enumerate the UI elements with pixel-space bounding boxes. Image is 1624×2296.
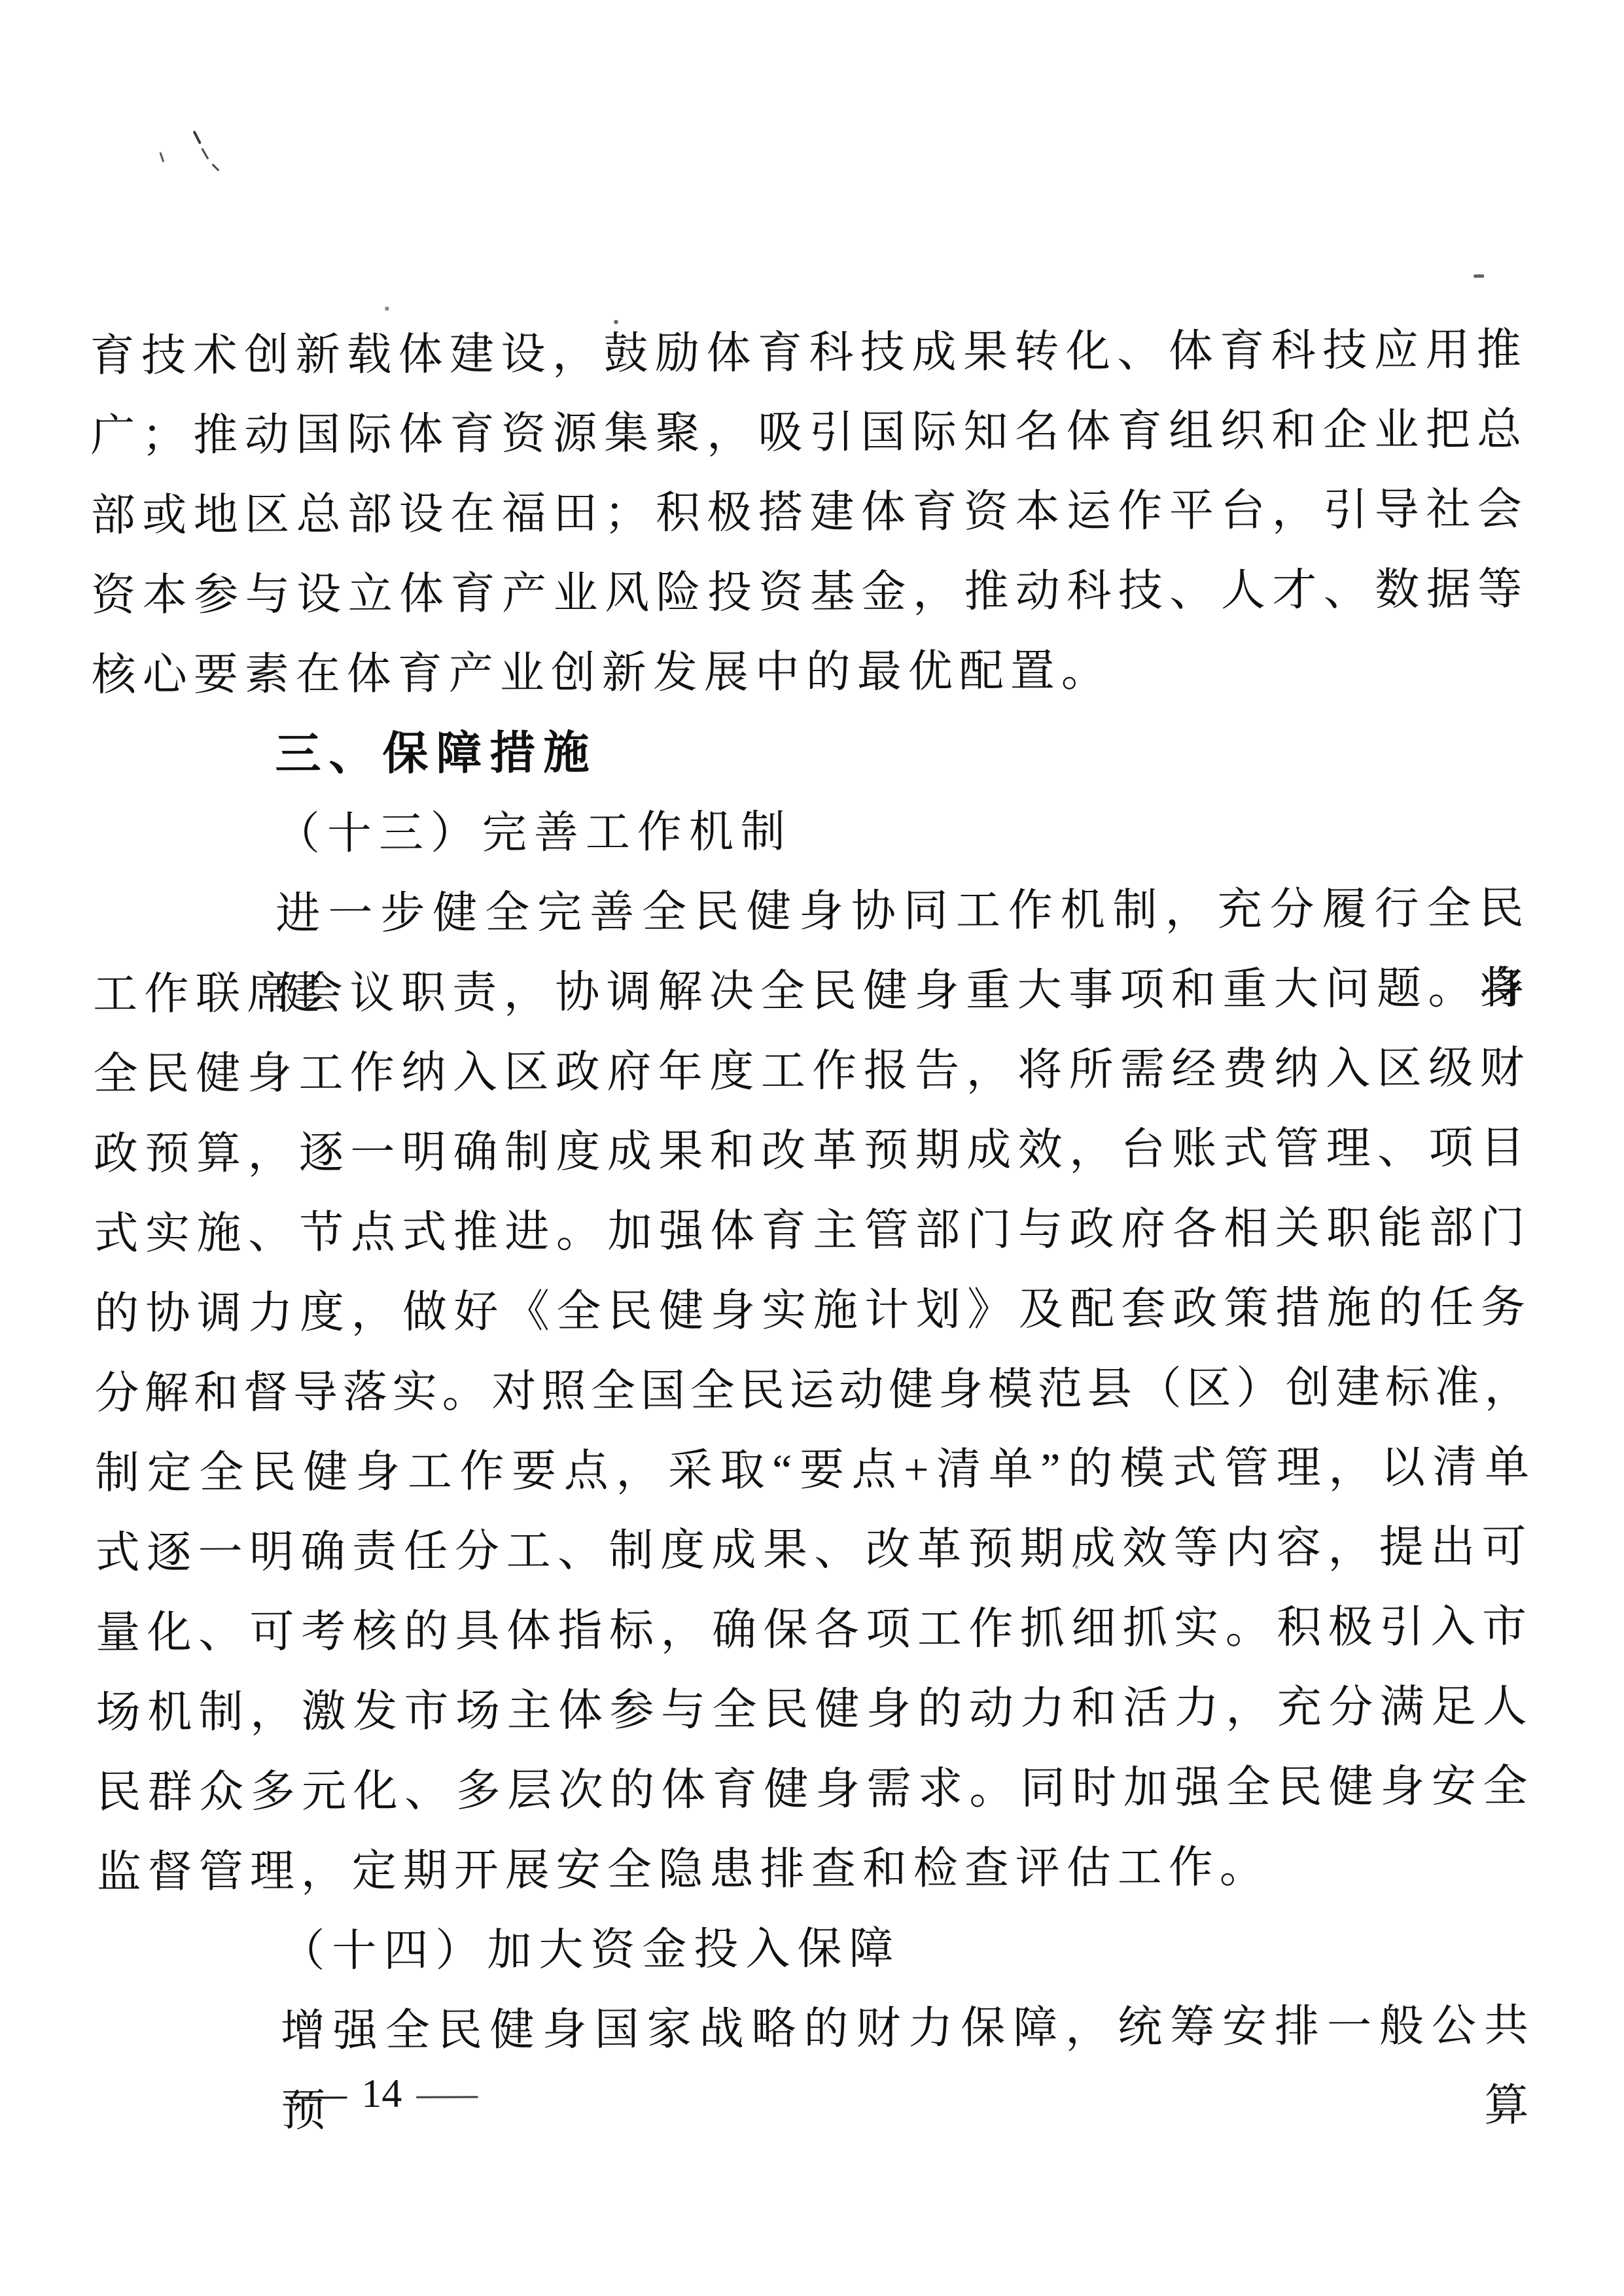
text-line: 监督管理，定期开展安全隐患排查和检查评估工作。 [97,1826,1535,1912]
scan-content: 育技术创新载体建设，鼓励体育科技成果转化、体育科技应用推广；推动国际体育资源集聚… [0,0,1624,2296]
text-block: 育技术创新载体建设，鼓励体育科技成果转化、体育科技应用推广；推动国际体育资源集聚… [90,309,1535,2072]
scanned-document-page: 育技术创新载体建设，鼓励体育科技成果转化、体育科技应用推广；推动国际体育资源集聚… [0,0,1624,2296]
text-line: 工作联席会议职责，协调解决全民健身重大事项和重大问题。将 [93,948,1531,1034]
text-line: 制定全民健身工作要点，采取“要点+清单”的模式管理，以清单 [95,1427,1533,1513]
handwritten-mark [147,127,239,200]
text-line: 增强全民健身国家战略的财力保障，统筹安排一般公共预算 [97,1985,1536,2072]
page-number-footer: —14— [271,2067,492,2120]
subsection-heading: （十四）加大资金投入保障 [97,1905,1535,1992]
text-line: 场机制，激发市场主体参与全民健身的动力和活力，充分满足人 [96,1666,1534,1752]
text-line: 式实施、节点式推进。加强体育主管部门与政府各相关职能部门 [94,1187,1532,1274]
text-line: 进一步健全完善全民健身协同工作机制，充分履行全民健身 [92,868,1530,954]
text-line: 的协调力度，做好《全民健身实施计划》及配套政策措施的任务 [94,1267,1532,1353]
footer-right-dash: — [417,2067,478,2119]
text-line: 全民健身工作纳入区政府年度工作报告，将所需经费纳入区级财 [93,1028,1531,1114]
scan-speck [1474,275,1484,278]
section-heading: 三、保障措施 [92,708,1530,795]
text-line: 政预算，逐一明确制度成果和改革预期成效，台账式管理、项目 [94,1107,1532,1194]
footer-left-dash: — [286,2068,347,2120]
text-line: 民群众多元化、多层次的体育健身需求。同时加强全民健身安全 [96,1746,1534,1832]
text-line: 式逐一明确责任分工、制度成果、改革预期成效等内容，提出可 [95,1506,1533,1593]
text-line: 资本参与设立体育产业风险投资基金，推动科技、人才、数据等 [91,549,1529,635]
subsection-heading: （十三）完善工作机制 [92,788,1530,875]
text-line: 广；推动国际体育资源集聚，吸引国际知名体育组织和企业把总 [90,389,1528,476]
text-line: 量化、可考核的具体指标，确保各项工作抓细抓实。积极引入市 [96,1586,1534,1673]
text-line: 育技术创新载体建设，鼓励体育科技成果转化、体育科技应用推 [90,309,1528,396]
text-line: 分解和督导落实。对照全国全民运动健身模范县（区）创建标准， [94,1347,1532,1433]
footer-page-number: 14 [361,2072,402,2116]
scan-speck [385,307,389,311]
text-line: 核心要素在体育产业创新发展中的最优配置。 [92,629,1530,715]
text-line: 部或地区总部设在福田；积极搭建体育资本运作平台，引导社会 [91,469,1529,555]
